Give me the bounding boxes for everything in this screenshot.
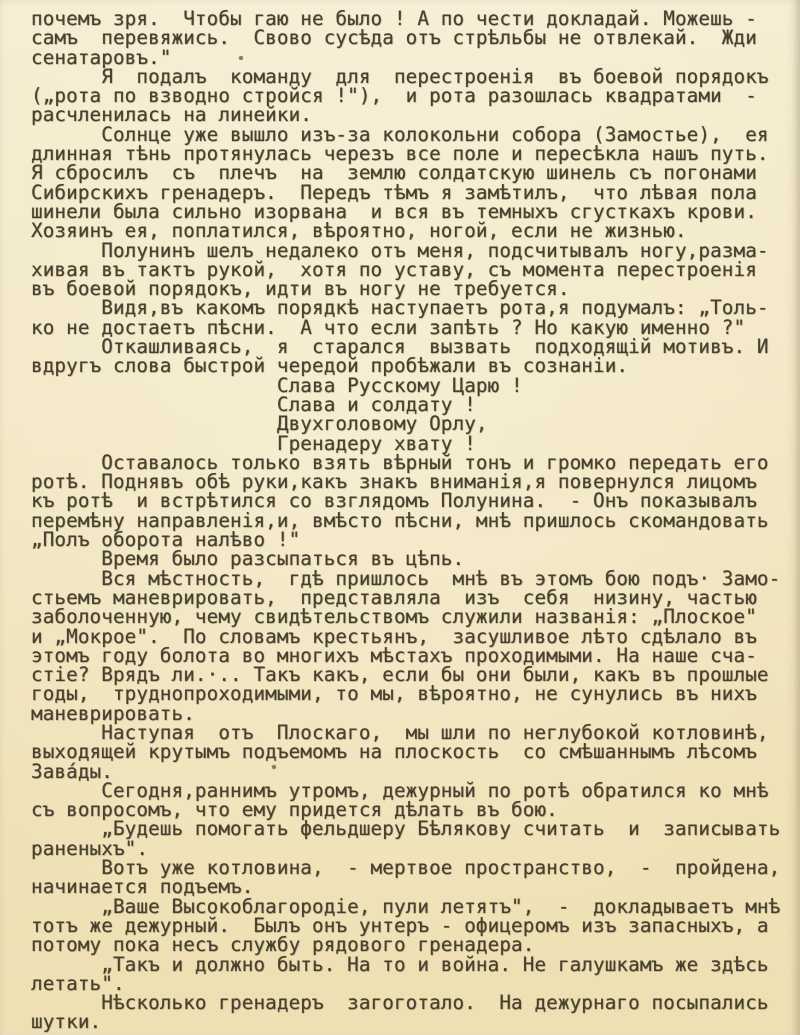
- text-line: шутки.: [31, 1012, 780, 1031]
- text-line: самъ перевяжись. Свово сусѣда отъ стрѣль…: [31, 28, 780, 47]
- text-body: почемъ зря. Чтобы гаю не было ! А по чес…: [31, 9, 780, 1032]
- text-line: и „Мокрое". По словамъ крестьянъ, засушл…: [31, 627, 780, 646]
- text-line: Вся мѣстность, гдѣ пришлось мнѣ въ этомъ…: [31, 569, 780, 588]
- ink-speck: [239, 56, 243, 60]
- text-line: Хозяинъ ея, поплатился, вѣроятно, ногой,…: [31, 221, 780, 240]
- text-line: вдругъ слова быстрой чередой пробѣжали в…: [31, 356, 780, 375]
- text-line: начинается подъемъ.: [31, 877, 780, 896]
- text-line: расчленилась на линейки.: [31, 105, 780, 124]
- ink-speck: [272, 765, 276, 769]
- text-line: Время было разсыпаться въ цѣпь.: [31, 549, 780, 568]
- text-line: „Будешь помогать фельдшеру Бѣлякову счит…: [31, 819, 780, 838]
- text-line: Полунинъ шелъ недалеко отъ меня, подсчит…: [31, 241, 780, 260]
- text-line: къ ротѣ и встрѣтился со взглядомъ Полуни…: [31, 491, 780, 510]
- text-line: „Такъ и должно быть. На то и война. Не г…: [31, 955, 780, 974]
- scanned-typewritten-page: почемъ зря. Чтобы гаю не было ! А по чес…: [0, 0, 800, 1035]
- text-line: годы, труднопроходимыми, то мы, вѣроятно…: [31, 684, 780, 703]
- text-line: Двухголовому Орлу,: [31, 414, 780, 433]
- text-line: Видя,въ какомъ порядкѣ наступаетъ рота,я…: [31, 298, 780, 317]
- text-line: Зава́ды.: [31, 762, 780, 781]
- text-line: потому пока несъ службу рядового гренаде…: [31, 935, 780, 954]
- text-line: сенатаровъ.": [31, 48, 780, 67]
- text-line: выходящей крутымъ подъемомъ на плоскость…: [31, 742, 780, 761]
- text-line: Нѣсколько гренадеръ загоготало. На дежур…: [31, 993, 780, 1012]
- text-line: Я сбросилъ съ плечъ на землю солдатскую …: [31, 163, 780, 182]
- text-line: заболоченную, чему свидѣтельствомъ служи…: [31, 607, 780, 626]
- text-line: Гренадеру хвату !: [31, 434, 780, 453]
